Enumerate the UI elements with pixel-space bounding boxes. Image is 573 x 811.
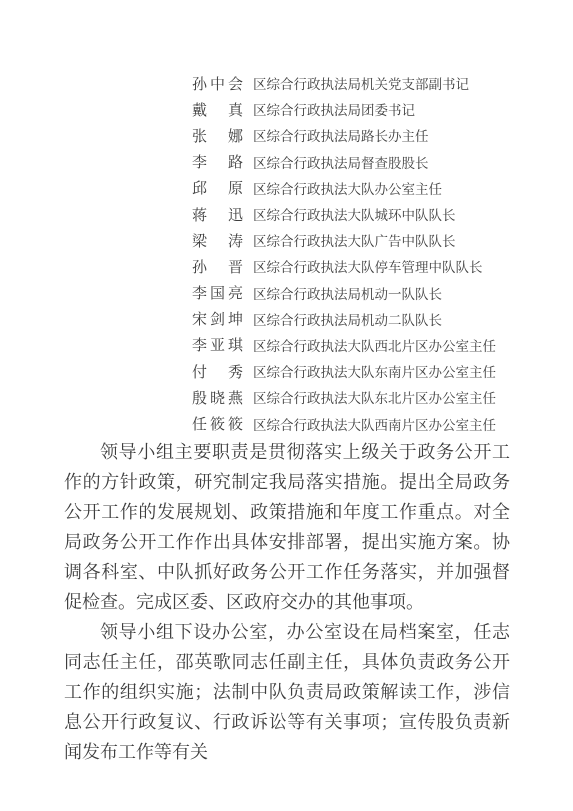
- roster-row: 付秀 区综合行政执法大队东南片区办公室主任: [192, 358, 496, 384]
- roster-member-name: 梁涛: [192, 230, 243, 251]
- roster-member-name: 蒋迅: [192, 204, 243, 225]
- roster-member-name: 李国亮: [192, 282, 243, 303]
- leadership-roster: 孙中会 区综合行政执法局机关党支部副书记 戴真 区综合行政执法局团委书记 张娜 …: [192, 70, 496, 437]
- roster-row: 李路 区综合行政执法局督查股股长: [192, 149, 496, 175]
- roster-member-title: 区综合行政执法局机关党支部副书记: [253, 73, 469, 93]
- roster-row: 李亚琪 区综合行政执法大队西北片区办公室主任: [192, 332, 496, 358]
- roster-member-name: 孙中会: [192, 73, 243, 94]
- document-page: 孙中会 区综合行政执法局机关党支部副书记 戴真 区综合行政执法局团委书记 张娜 …: [0, 0, 573, 811]
- roster-member-title: 区综合行政执法大队城环中队队长: [253, 204, 456, 224]
- roster-member-title: 区综合行政执法大队广告中队队长: [253, 230, 456, 250]
- body-paragraphs: 领导小组主要职责是贯彻落实上级关于政务公开工作的方针政策，研究制定我局落实措施。…: [64, 437, 510, 767]
- roster-member-name: 邱原: [192, 177, 243, 198]
- roster-member-name: 李路: [192, 151, 243, 172]
- roster-member-title: 区综合行政执法大队办公室主任: [253, 178, 442, 198]
- paragraph-office-setup: 领导小组下设办公室，办公室设在局档案室，任志同志任主任，邵英歌同志任副主任，具体…: [64, 617, 510, 767]
- roster-member-title: 区综合行政执法大队东北片区办公室主任: [253, 387, 496, 407]
- roster-row: 孙晋 区综合行政执法大队停车管理中队队长: [192, 253, 496, 279]
- roster-member-title: 区综合行政执法大队西北片区办公室主任: [253, 335, 496, 355]
- roster-member-name: 张娜: [192, 125, 243, 146]
- roster-member-name: 李亚琪: [192, 334, 243, 355]
- roster-row: 邱原 区综合行政执法大队办公室主任: [192, 175, 496, 201]
- roster-row: 任筱筱 区综合行政执法大队西南片区办公室主任: [192, 410, 496, 436]
- roster-row: 李国亮 区综合行政执法局机动一队队长: [192, 280, 496, 306]
- roster-member-title: 区综合行政执法大队西南片区办公室主任: [253, 414, 496, 434]
- roster-member-title: 区综合行政执法局路长办主任: [253, 125, 429, 145]
- roster-row: 宋剑坤 区综合行政执法局机动二队队长: [192, 306, 496, 332]
- roster-member-title: 区综合行政执法大队东南片区办公室主任: [253, 361, 496, 381]
- roster-row: 蒋迅 区综合行政执法大队城环中队队长: [192, 201, 496, 227]
- roster-member-name: 孙晋: [192, 256, 243, 277]
- roster-member-title: 区综合行政执法局机动一队队长: [253, 283, 442, 303]
- roster-member-title: 区综合行政执法局督查股股长: [253, 152, 429, 172]
- roster-member-title: 区综合行政执法局机动二队队长: [253, 309, 442, 329]
- roster-row: 孙中会 区综合行政执法局机关党支部副书记: [192, 70, 496, 96]
- paragraph-group-duties: 领导小组主要职责是贯彻落实上级关于政务公开工作的方针政策，研究制定我局落实措施。…: [64, 437, 510, 617]
- roster-member-name: 殷晓燕: [192, 387, 243, 408]
- roster-row: 梁涛 区综合行政执法大队广告中队队长: [192, 227, 496, 253]
- roster-row: 张娜 区综合行政执法局路长办主任: [192, 122, 496, 148]
- roster-member-title: 区综合行政执法局团委书记: [253, 99, 415, 119]
- roster-row: 殷晓燕 区综合行政执法大队东北片区办公室主任: [192, 384, 496, 410]
- roster-member-title: 区综合行政执法大队停车管理中队队长: [253, 256, 483, 276]
- roster-member-name: 付秀: [192, 361, 243, 382]
- roster-member-name: 宋剑坤: [192, 308, 243, 329]
- roster-member-name: 任筱筱: [192, 413, 243, 434]
- roster-row: 戴真 区综合行政执法局团委书记: [192, 96, 496, 122]
- roster-member-name: 戴真: [192, 99, 243, 120]
